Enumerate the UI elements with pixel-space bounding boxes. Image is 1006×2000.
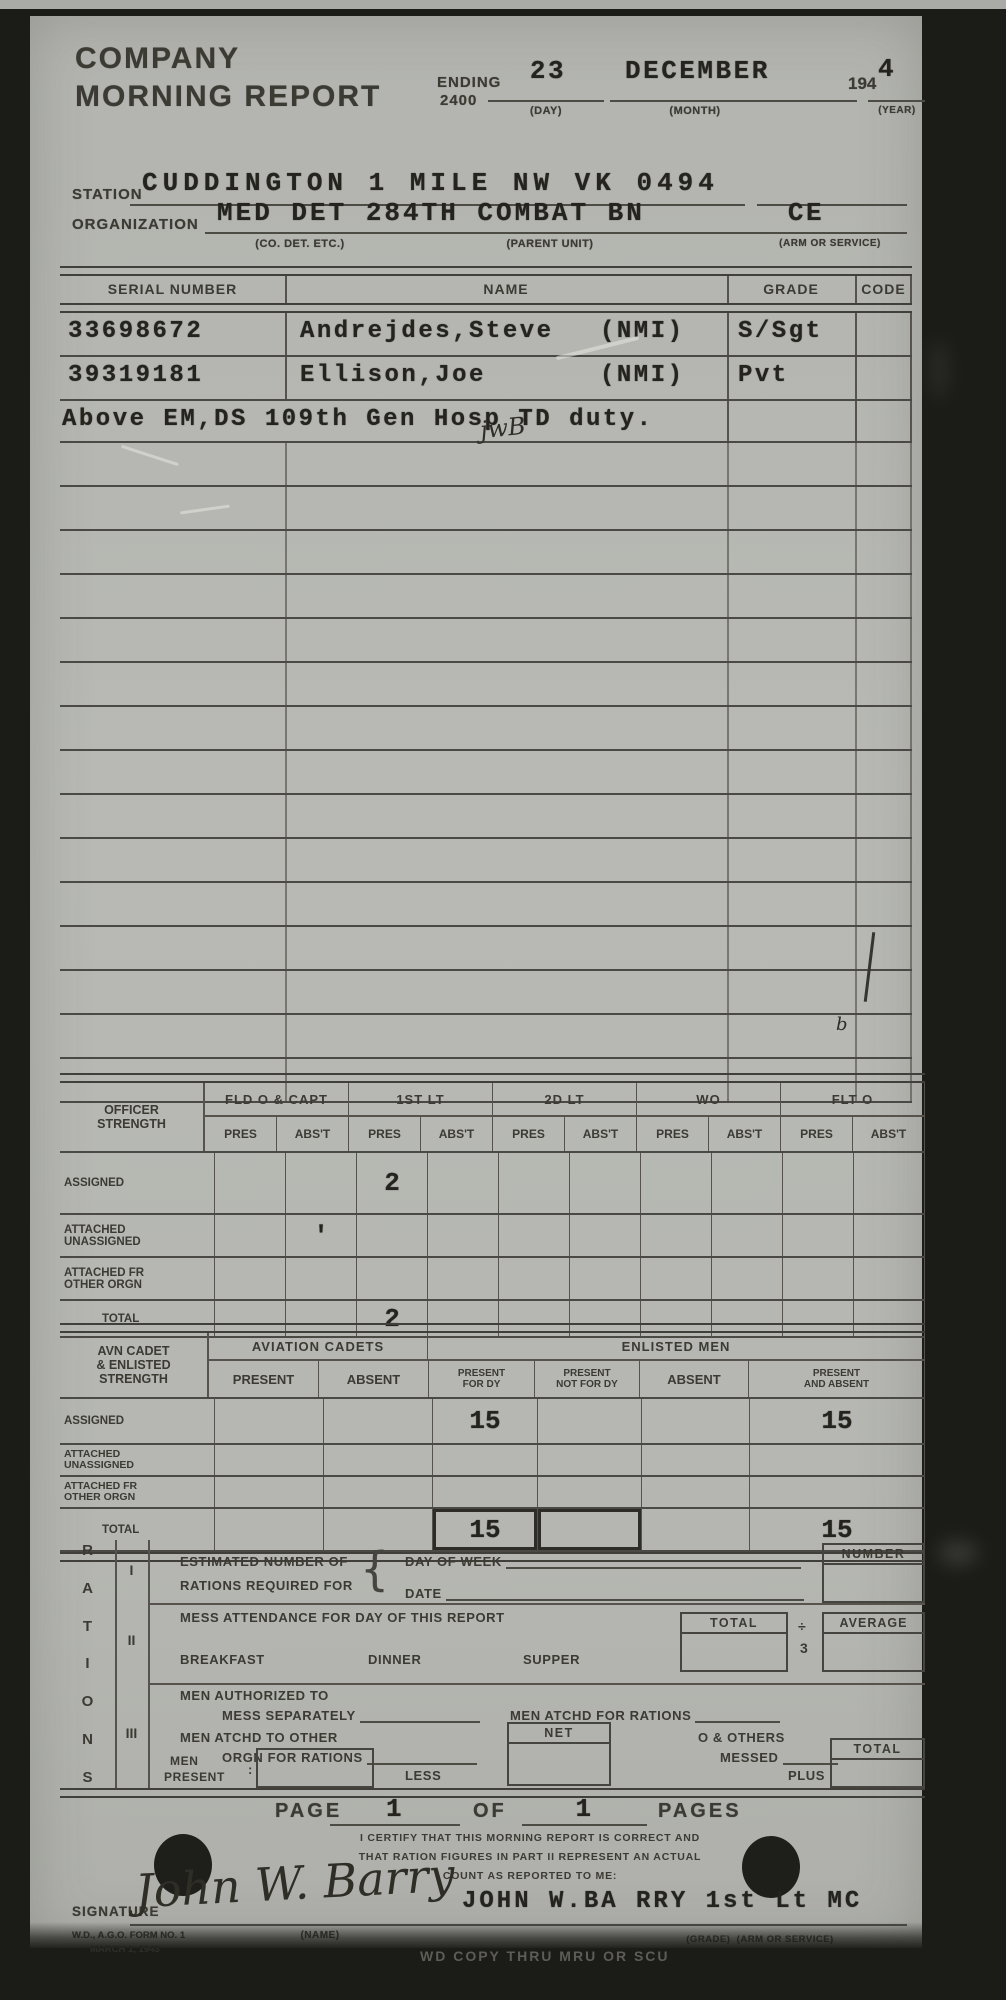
roster-name: Ellison,Joe [300,362,486,389]
rations-vertical-label: RATIONS [60,1542,115,1786]
column-divider [727,751,729,793]
enlisted-sub-header: PRESENT [209,1361,319,1397]
officer-group-header: 2D LT [493,1083,637,1115]
column-divider [910,443,912,485]
enlisted-strength-row: ASSIGNED1515 [60,1399,925,1445]
roster-grade: Pvt [738,362,789,389]
roster-blank-row [60,1015,912,1059]
column-divider [910,276,912,303]
officer-strength-row: ASSIGNED2 [60,1153,925,1215]
column-divider [910,1015,912,1057]
column-divider [285,575,287,617]
enlisted-top-rule [60,1323,925,1333]
column-divider [910,619,912,661]
column-divider [285,751,287,793]
column-divider [727,795,729,837]
column-divider [285,1015,287,1057]
officer-strength-row: ATTACHED UNASSIGNED' [60,1215,925,1258]
roster-entries: 33698672Andrejdes,Steve(NMI)S/Sgt3931918… [60,313,912,401]
page-underline [330,1824,460,1826]
officer-sub-header: PRES [349,1117,421,1151]
enlisted-sub-header-row: PRESENTABSENTPRESENT FOR DYPRESENT NOT F… [209,1361,925,1397]
parent-unit-caption: (PARENT UNIT) [485,238,615,250]
officer-strength-cell [854,1215,925,1256]
enlisted-strength-cell [324,1445,433,1475]
day-of-week-field: DAY OF WEEK [405,1554,801,1569]
rations-letter: I [85,1655,89,1672]
column-divider [855,883,857,925]
of-label: OF [473,1800,507,1823]
column-divider [285,839,287,881]
name-header: NAME [285,281,727,297]
scanned-morning-report-page: COMPANY MORNING REPORT ENDING 2400 23 (D… [0,0,1006,2000]
net-box-label: NET [509,1724,609,1744]
column-divider [285,883,287,925]
enlisted-rows: ASSIGNED1515ATTACHED UNASSIGNEDATTACHED … [60,1399,925,1552]
enlisted-strength-cell [750,1445,925,1475]
column-divider [910,839,912,881]
rations-section: RATIONS I ESTIMATED NUMBER OF RATIONS RE… [60,1540,925,1788]
column-divider [855,839,857,881]
column-divider [910,707,912,749]
officer-strength-cell [428,1258,499,1299]
column-divider [727,619,729,661]
officer-strength-cell [286,1153,357,1213]
form-title-line1: COMPANY [75,42,240,76]
column-divider [910,927,912,969]
number-box-label: NUMBER [824,1545,923,1565]
officer-strength-cell [783,1215,854,1256]
roster-remark: Above EM,DS 109th Gen Hosp TD duty. [62,406,654,433]
column-divider [855,663,857,705]
enlisted-strength-cell [538,1399,642,1443]
officer-sub-header: ABS'T [277,1117,349,1151]
officer-strength-cell [712,1215,783,1256]
atchd-for-rations-field: MEN ATCHD FOR RATIONS [510,1708,780,1723]
column-divider [285,619,287,661]
footer-top-rule [60,1788,925,1798]
enlisted-strength-cell [433,1445,538,1475]
officer-strength-cell [499,1258,570,1299]
enlisted-strength-cell [642,1399,750,1443]
column-divider [285,927,287,969]
column-divider [910,487,912,529]
serial-number-header: SERIAL NUMBER [60,281,285,297]
ending-time: 2400 [440,92,477,109]
column-divider [855,531,857,573]
month-underline [610,100,857,102]
column-divider [855,443,857,485]
column-divider [727,663,729,705]
average-box-label: AVERAGE [824,1614,923,1634]
officer-group-header: FLD O & CAPT [205,1083,349,1115]
officer-strength-cell [499,1153,570,1213]
officer-strength-row: ATTACHED FR OTHER ORGN [60,1258,925,1301]
officer-strength-cell [854,1153,925,1213]
orgn-for-rations-blank [367,1751,477,1765]
year-prefix: 194 [848,74,876,94]
officer-strength-cell [641,1153,712,1213]
o-and-others-line1: O & OTHERS [698,1730,785,1745]
day-underline [488,100,604,102]
rations-letter: R [82,1542,93,1559]
column-divider [727,707,729,749]
net-box: NET [507,1722,611,1786]
roster-top-rule [60,266,912,276]
column-divider [910,751,912,793]
roster-serial: 39319181 [68,362,203,389]
officer-sub-header: ABS'T [565,1117,637,1151]
column-divider [910,883,912,925]
enlisted-sub-header: PRESENT FOR DY [429,1361,535,1397]
day-of-week-label: DAY OF WEEK [405,1554,502,1569]
roster-header-rule [60,303,912,313]
column-divider [727,313,729,355]
column-divider [855,401,857,441]
column-divider [285,707,287,749]
column-divider [855,313,857,355]
code-header: CODE [855,281,912,297]
enlisted-sub-header: ABSENT [640,1361,749,1397]
cert-line1: I CERTIFY THAT THIS MORNING REPORT IS CO… [280,1829,780,1848]
column-divider [855,707,857,749]
roster-entry-row: 39319181Ellison,Joe(NMI)Pvt [60,357,912,401]
enlisted-strength-row: ATTACHED FR OTHER ORGN [60,1477,925,1509]
roster-serial: 33698672 [68,318,203,345]
column-divider [855,971,857,1013]
column-divider [910,531,912,573]
officer-row-label: ATTACHED FR OTHER ORGN [60,1258,215,1299]
signature-typed-name: JOHN W.BA RRY 1st Lt MC [462,1888,862,1915]
supper-label: SUPPER [523,1652,580,1667]
enlisted-row-label: ATTACHED FR OTHER ORGN [60,1477,215,1507]
roster-blank-row [60,883,912,927]
pages-underline [522,1824,647,1826]
rations-letter: S [82,1769,92,1786]
column-divider [910,971,912,1013]
enlisted-strength-cell [538,1445,642,1475]
officer-strength-cell: 2 [357,1153,428,1213]
men-present-box [256,1748,374,1788]
officer-sub-header: PRES [781,1117,853,1151]
roster-blank-row [60,839,912,883]
rations-divider [148,1540,150,1788]
rations-letter: N [82,1731,93,1748]
column-divider [910,401,912,441]
officer-top-rule [60,1073,925,1083]
officer-strength-cell [357,1258,428,1299]
enlisted-strength-cell: 15 [433,1399,538,1443]
officer-strength-cell [570,1258,641,1299]
roster-name: Andrejdes,Steve [300,318,554,345]
enlisted-strength-cell: 15 [750,1399,925,1443]
rations-total-box-label: TOTAL [832,1740,923,1760]
column-divider [727,1015,729,1057]
column-divider [855,487,857,529]
enlisted-strength-cell [538,1477,642,1507]
column-divider [285,276,287,303]
officer-strength-cell [783,1258,854,1299]
officer-strength-cell [712,1258,783,1299]
officer-row-label: ASSIGNED [60,1153,215,1213]
column-divider [285,663,287,705]
enlisted-sub-header: PRESENT AND ABSENT [749,1361,925,1397]
men-present-line2: PRESENT [164,1770,225,1784]
officer-group-header: WO [637,1083,781,1115]
pages-value: 1 [522,1794,647,1824]
roster-table: SERIAL NUMBER NAME GRADE CODE 33698672An… [60,266,912,1103]
column-divider [727,927,729,969]
column-divider [727,487,729,529]
column-divider [285,487,287,529]
number-box: NUMBER [822,1543,925,1603]
part-one-numeral: I [115,1562,148,1578]
year-value: 4 [878,54,896,84]
estimated-rations-line2: RATIONS REQUIRED FOR [180,1578,353,1593]
column-divider [855,276,857,303]
page-value: 1 [330,1794,460,1824]
officer-strength-cell [854,1258,925,1299]
column-divider [855,575,857,617]
column-divider [855,1015,857,1057]
brace-glyph: { [360,1542,389,1596]
scan-bottom-shadow [30,1922,922,1948]
roster-blank-row [60,487,912,531]
enlisted-sub-header: ABSENT [319,1361,429,1397]
date-blank [446,1587,804,1601]
column-divider [285,971,287,1013]
breakfast-label: BREAKFAST [180,1652,265,1667]
officer-strength-cell [286,1258,357,1299]
dinner-label: DINNER [368,1652,421,1667]
officer-strength-cell [499,1215,570,1256]
column-divider [910,795,912,837]
roster-blank-row [60,575,912,619]
grade-header: GRADE [727,281,855,297]
date-label: DATE [405,1586,442,1601]
column-divider [727,971,729,1013]
officer-sub-header: ABS'T [421,1117,493,1151]
officer-rows: ASSIGNED2ATTACHED UNASSIGNED'ATTACHED FR… [60,1153,925,1338]
officer-sub-header-row: PRESABS'TPRESABS'TPRESABS'TPRESABS'TPRES… [205,1117,925,1151]
atchd-for-rations-blank [695,1709,780,1723]
roster-blank-row [60,751,912,795]
arm-service-value: CE [756,198,856,228]
month-caption: (MONTH) [630,105,760,117]
column-divider [727,839,729,881]
mess-total-box: TOTAL [680,1612,788,1672]
roster-blank-row [60,663,912,707]
average-box: AVERAGE [822,1612,925,1672]
officer-strength-cell [215,1215,286,1256]
officer-group-header-row: FLD O & CAPT1ST LT2D LTWOFLT O [205,1083,925,1117]
men-authorized-line2: MESS SEPARATELY [222,1708,480,1723]
roster-blank-row [60,795,912,839]
enlisted-row-label: ASSIGNED [60,1399,215,1443]
men-present-line1: MEN [170,1754,198,1768]
atchd-other-line1: MEN ATCHD TO OTHER [180,1730,338,1745]
officer-row-label: ATTACHED UNASSIGNED [60,1215,215,1256]
plus-label: PLUS [788,1768,825,1783]
column-divider [855,795,857,837]
column-divider [727,443,729,485]
rations-divider [148,1603,925,1605]
column-divider [910,313,912,355]
officer-strength-cell [570,1215,641,1256]
mess-separately-label: MESS SEPARATELY [222,1708,356,1723]
officer-strength-cell [428,1153,499,1213]
enlisted-sub-header: PRESENT NOT FOR DY [535,1361,640,1397]
organization-underline [205,232,907,234]
divide-sign: ÷ [798,1618,806,1634]
roster-entry-row: 33698672Andrejdes,Steve(NMI)S/Sgt [60,313,912,357]
officer-strength-cell [215,1153,286,1213]
column-divider [727,883,729,925]
officer-strength-cell [570,1153,641,1213]
rations-letter: T [83,1618,92,1635]
remark-initials-handwriting: jwB [479,412,527,445]
colon-mark: : [248,1762,253,1777]
enlisted-strength-title: AVN CADET & ENLISTED STRENGTH [60,1333,209,1397]
men-authorized-line1: MEN AUTHORIZED TO [180,1688,329,1703]
officer-strength-cell [357,1215,428,1256]
copy-note: WD COPY THRU MRU OR SCU [420,1948,670,1964]
scan-tear-strip [0,0,1006,9]
officer-sub-header: ABS'T [709,1117,781,1151]
mess-attendance-heading: MESS ATTENDANCE FOR DAY OF THIS REPORT [180,1610,505,1625]
enlisted-row-label: ATTACHED UNASSIGNED [60,1445,215,1475]
atchd-for-rations-label: MEN ATCHD FOR RATIONS [510,1708,691,1723]
column-divider [855,619,857,661]
roster-blank-row [60,927,912,971]
column-divider [285,531,287,573]
station-value: CUDDINGTON 1 MILE NW VK 0494 [142,168,719,198]
column-divider [910,663,912,705]
year-caption: (YEAR) [862,105,932,116]
roster-blank-row [60,707,912,751]
year-underline [868,100,925,102]
date-field: DATE [405,1586,804,1601]
arm-service-caption: (ARM OR SERVICE) [750,238,910,249]
column-divider [285,795,287,837]
column-divider [285,357,287,399]
part-three-numeral: III [115,1725,148,1741]
roster-blank-rows [60,443,912,1103]
rations-letter: O [82,1693,94,1710]
organization-label: ORGANIZATION [72,216,199,233]
rations-divider [148,1683,925,1685]
officer-group-header: FLT O [781,1083,925,1115]
enlisted-strength-cell [215,1477,324,1507]
enlisted-strength-cell [750,1477,925,1507]
officer-strength-cell: ' [286,1215,357,1256]
enlisted-strength-cell [324,1477,433,1507]
officer-strength-cell [641,1258,712,1299]
roster-blank-row [60,971,912,1015]
rations-total-box: TOTAL [830,1738,925,1788]
scan-smudge [938,1540,978,1566]
enlisted-strength-cell [215,1445,324,1475]
column-divider [727,531,729,573]
messed-label: MESSED [720,1750,779,1765]
officer-strength-cell [712,1153,783,1213]
enlisted-strength-cell [324,1399,433,1443]
form-title-line2: MORNING REPORT [75,80,381,114]
enlisted-strength-cell [642,1477,750,1507]
officer-sub-header: PRES [493,1117,565,1151]
station-label: STATION [72,186,143,203]
enlisted-strength-table: AVN CADET & ENLISTED STRENGTH AVIATION C… [60,1323,925,1562]
scan-smudge [930,340,948,400]
stray-pen-mark: b [836,1014,848,1035]
column-divider [727,357,729,399]
roster-blank-row [60,619,912,663]
form-paper: COMPANY MORNING REPORT ENDING 2400 23 (D… [30,16,922,1948]
column-divider [910,575,912,617]
officer-strength-cell [641,1215,712,1256]
estimated-rations-line1: ESTIMATED NUMBER OF [180,1554,348,1569]
enlisted-group-header-row: AVIATION CADETS ENLISTED MEN [209,1333,925,1361]
mess-total-box-label: TOTAL [682,1614,786,1634]
divide-by-three: 3 [800,1640,808,1656]
organization-value: MED DET 284TH COMBAT BN [217,198,645,228]
pages-label: PAGES [658,1800,742,1823]
aviation-cadets-header: AVIATION CADETS [209,1333,428,1359]
officer-strength-cell [428,1215,499,1256]
enlisted-strength-cell [433,1477,538,1507]
column-divider [727,575,729,617]
column-divider [727,401,729,441]
enlisted-strength-cell [215,1399,324,1443]
enlisted-strength-row: ATTACHED UNASSIGNED [60,1445,925,1477]
unit-caption: (CO. DET. ETC.) [235,238,365,250]
roster-blank-row [60,443,912,487]
officer-group-header: 1ST LT [349,1083,493,1115]
column-divider [855,927,857,969]
roster-header-row: SERIAL NUMBER NAME GRADE CODE [60,276,912,303]
officer-sub-header: ABS'T [853,1117,925,1151]
roster-grade: S/Sgt [738,318,823,345]
officer-strength-title: OFFICER STRENGTH [60,1083,205,1151]
column-divider [855,357,857,399]
enlisted-strength-cell [642,1445,750,1475]
column-divider [727,276,729,303]
officer-sub-header: PRES [205,1117,277,1151]
enlisted-men-header: ENLISTED MEN [428,1333,925,1359]
mess-separately-blank [360,1709,480,1723]
officer-strength-cell [783,1153,854,1213]
day-of-week-blank [506,1555,801,1569]
part-two-numeral: II [115,1632,148,1648]
less-label: LESS [405,1768,441,1783]
day-value: 23 [492,56,604,86]
column-divider [910,357,912,399]
day-caption: (DAY) [488,105,604,117]
month-value: DECEMBER [625,56,770,86]
column-divider [855,751,857,793]
roster-nmi: (NMI) [600,362,685,389]
officer-strength-cell [215,1258,286,1299]
column-divider [285,313,287,355]
officer-sub-header: PRES [637,1117,709,1151]
roster-blank-row [60,531,912,575]
officer-strength-table: OFFICER STRENGTH FLD O & CAPT1ST LT2D LT… [60,1073,925,1338]
column-divider [285,443,287,485]
rations-letter: A [82,1580,93,1597]
o-and-others-line2: MESSED [720,1750,838,1765]
